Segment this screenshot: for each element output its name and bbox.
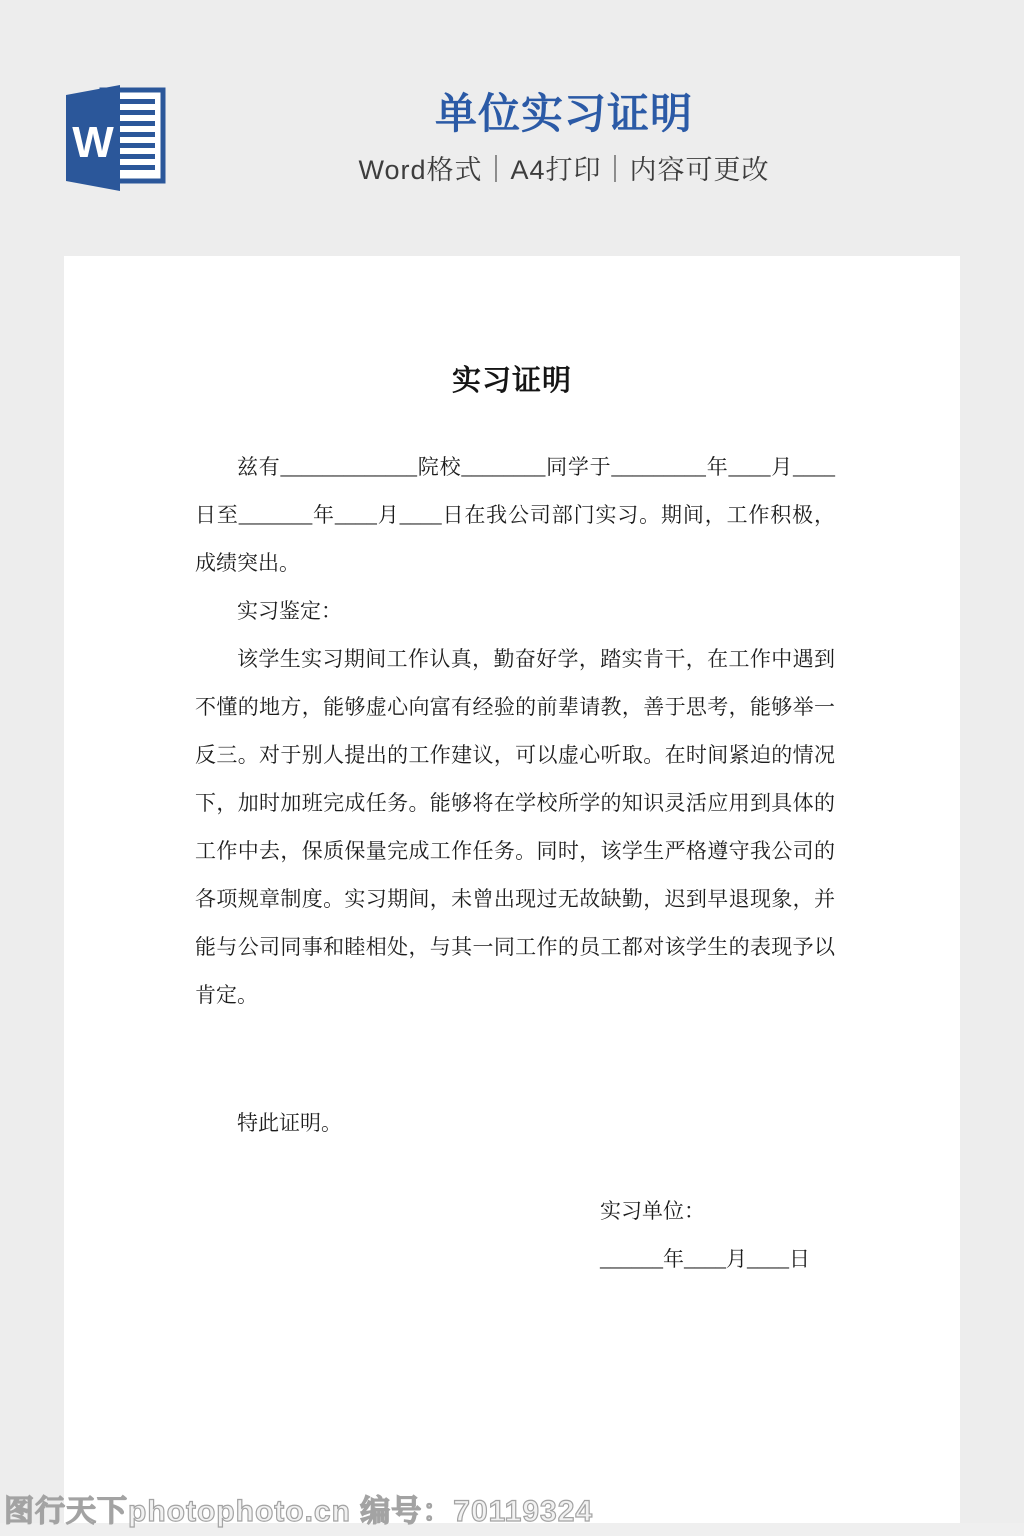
- paragraph-hereby-certify: 特此证明。: [195, 1099, 835, 1147]
- signature-block: 实习单位： ______年____月____日: [600, 1187, 835, 1283]
- template-preview-canvas: W 单位实习证明 Word格式｜A4打印｜内容可更改 实习证明 兹有______…: [0, 0, 1024, 1536]
- paragraph-appraisal-label: 实习鉴定：: [195, 587, 835, 635]
- paragraph-appraisal-body: 该学生实习期间工作认真，勤奋好学，踏实肯干，在工作中遇到不懂的地方，能够虚心向富…: [195, 635, 835, 1019]
- site-watermark: 图行天下photophoto.cn 编号：70119324: [4, 1486, 593, 1530]
- signature-date-line: ______年____月____日: [600, 1235, 835, 1283]
- paragraph-intro: 兹有_____________院校________同学于_________年__…: [195, 443, 835, 587]
- document-title: 实习证明: [64, 256, 960, 399]
- signature-unit-label: 实习单位：: [600, 1187, 835, 1235]
- document-body: 兹有_____________院校________同学于_________年__…: [64, 443, 960, 1283]
- template-title: 单位实习证明: [102, 90, 1024, 138]
- template-subtitle: Word格式｜A4打印｜内容可更改: [102, 155, 1024, 185]
- document-page: 实习证明 兹有_____________院校________同学于_______…: [64, 256, 960, 1523]
- header: 单位实习证明 Word格式｜A4打印｜内容可更改: [102, 90, 1024, 185]
